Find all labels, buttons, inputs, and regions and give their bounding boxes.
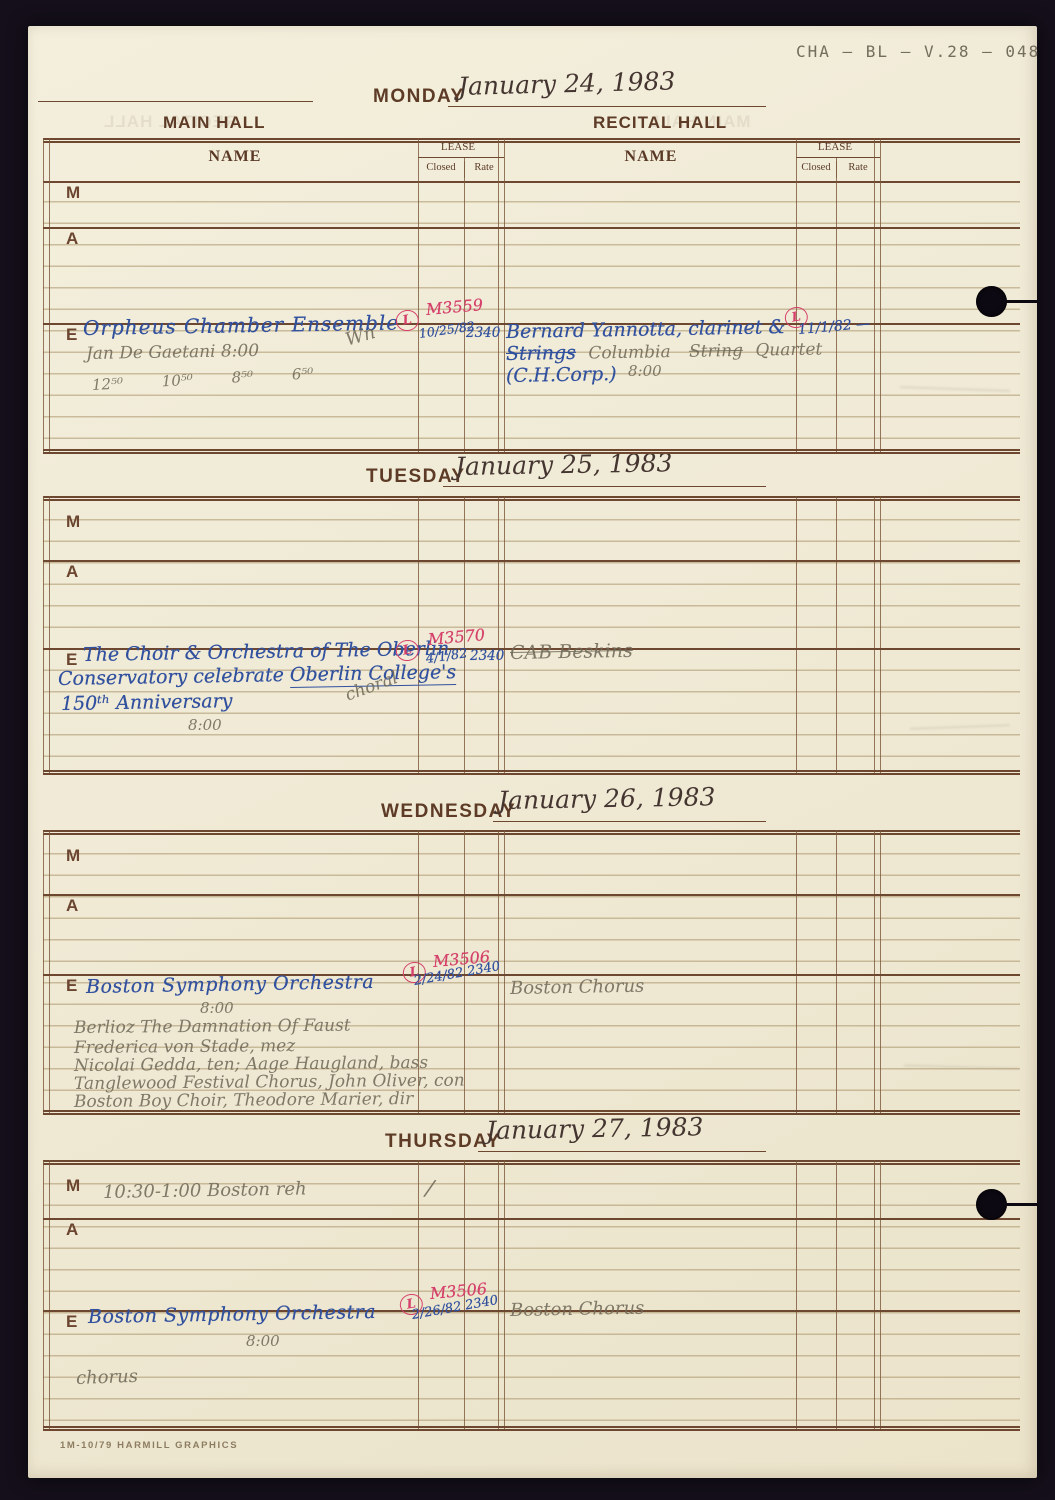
- struck-word: String: [689, 341, 743, 362]
- column-line: [874, 1160, 875, 1429]
- date-underline: [493, 821, 766, 822]
- rule-line: [43, 770, 1020, 772]
- date-underline: [448, 106, 766, 107]
- row-label-morning: M: [66, 1176, 80, 1196]
- column-line: [49, 138, 50, 452]
- row-label-afternoon: A: [66, 229, 78, 249]
- ledger-page: CHA — BL — V.28 — 048 RECITAL HALL MAIN …: [28, 26, 1037, 1478]
- column-line: [418, 1160, 419, 1429]
- schedule-grid-tuesday: MAE: [28, 496, 1037, 775]
- time-note: 8:00: [200, 999, 234, 1017]
- booking-entry: Boston Chorus: [510, 976, 645, 999]
- time-note: 8:00: [246, 1332, 280, 1350]
- rule-line: [43, 449, 1020, 451]
- rule-line: [43, 1113, 1020, 1115]
- column-line: [874, 830, 875, 1113]
- column-line: [504, 496, 505, 773]
- struck-entry: CAB Beskins: [510, 640, 633, 664]
- column-line: [796, 138, 797, 452]
- rule-line: [43, 1426, 1020, 1428]
- column-line: [43, 830, 44, 1113]
- recital-hall-label: RECITAL HALL: [593, 113, 727, 133]
- rehearsal-note: 10:30-1:00 Boston reh: [103, 1178, 307, 1203]
- column-line: [880, 138, 881, 452]
- column-line: [880, 830, 881, 1113]
- row-label-morning: M: [66, 512, 80, 532]
- column-line: [836, 830, 837, 1113]
- booking-entry: 150ᵗʰ Anniversary: [61, 690, 233, 715]
- hole-punch-slit: [1004, 1203, 1037, 1206]
- rule-line: [43, 227, 1020, 229]
- column-line: [49, 830, 50, 1113]
- row-label-afternoon: A: [66, 562, 78, 582]
- printer-imprint: 1M-10/79 HARMILL GRAPHICS: [60, 1440, 238, 1451]
- row-label-afternoon: A: [66, 1220, 78, 1240]
- row-label-morning: M: [66, 183, 80, 203]
- column-line: [880, 1160, 881, 1429]
- column-line: [498, 496, 499, 773]
- column-line: [43, 496, 44, 773]
- booking-note: chorus: [76, 1366, 139, 1389]
- rate-value: 2340: [466, 325, 500, 341]
- handwritten-date: January 24, 1983: [458, 66, 676, 101]
- column-line: [504, 1160, 505, 1429]
- schedule-grid-monday: MAE: [28, 138, 1037, 454]
- main-hall-label: MAIN HALL: [163, 113, 265, 133]
- program-note: Berlioz The Damnation Of Faust: [74, 1016, 351, 1038]
- column-line: [504, 138, 505, 452]
- title-rule-left: [38, 101, 313, 102]
- column-line: [880, 496, 881, 773]
- column-line: [49, 1160, 50, 1429]
- rule-line: [43, 452, 1020, 454]
- header-divider: [836, 158, 837, 178]
- column-line: [43, 138, 44, 452]
- pencil-insert: Quartet: [755, 339, 822, 360]
- column-line: [49, 496, 50, 773]
- entry-text: Conservatory celebrate: [58, 664, 290, 690]
- column-line: [418, 496, 419, 773]
- date-underline: [443, 486, 766, 487]
- day-label-wednesday: WEDNESDAY: [381, 801, 516, 823]
- time-note: 8:00: [628, 362, 662, 380]
- row-label-evening: E: [66, 976, 77, 996]
- column-line: [498, 1160, 499, 1429]
- time-note: 8:00: [188, 716, 222, 734]
- hole-punch-slit: [1004, 300, 1037, 303]
- rule-line: [43, 773, 1020, 775]
- day-label-tuesday: TUESDAY: [366, 466, 466, 488]
- row-label-afternoon: A: [66, 896, 78, 916]
- program-note: Boston Boy Choir, Theodore Marier, dir: [74, 1089, 413, 1112]
- rule-line: [43, 560, 1020, 562]
- rule-line: [43, 1218, 1020, 1220]
- pencil-insert: Columbia: [588, 342, 671, 363]
- column-line: [836, 161, 837, 452]
- row-label-evening: E: [66, 325, 77, 345]
- struck-word: Strings: [506, 342, 576, 365]
- column-line: [418, 138, 419, 452]
- handwritten-date: January 27, 1983: [486, 1112, 704, 1145]
- column-line: [836, 1160, 837, 1429]
- row-label-evening: E: [66, 1312, 77, 1332]
- column-line: [874, 138, 875, 452]
- column-line: [796, 496, 797, 773]
- rule-line: [43, 894, 1020, 896]
- row-label-morning: M: [66, 846, 80, 866]
- rule-line: [43, 1429, 1020, 1431]
- day-label-monday: MONDAY: [373, 86, 465, 108]
- booking-entry: (C.H.Corp.): [506, 363, 617, 387]
- archive-code: CHA — BL — V.28 — 048: [796, 42, 1040, 61]
- column-line: [836, 496, 837, 773]
- hole-punch: [976, 286, 1007, 317]
- day-label-thursday: THURSDAY: [385, 1131, 501, 1153]
- handwritten-date: January 26, 1983: [498, 782, 716, 815]
- hole-punch: [976, 1189, 1007, 1220]
- column-line: [796, 1160, 797, 1429]
- booking-note: Jan De Gaetani 8:00: [86, 341, 259, 364]
- column-line: [504, 830, 505, 1113]
- column-line: [498, 138, 499, 452]
- lease-letter: L: [402, 642, 414, 658]
- column-line: [796, 830, 797, 1113]
- column-line: [874, 496, 875, 773]
- header-divider: [464, 158, 465, 178]
- column-line: [43, 1160, 44, 1429]
- lease-letter: L: [402, 312, 414, 328]
- date-underline: [478, 1151, 766, 1152]
- rate-value: 2340: [470, 648, 504, 664]
- booking-entry: Boston Chorus: [510, 1298, 645, 1321]
